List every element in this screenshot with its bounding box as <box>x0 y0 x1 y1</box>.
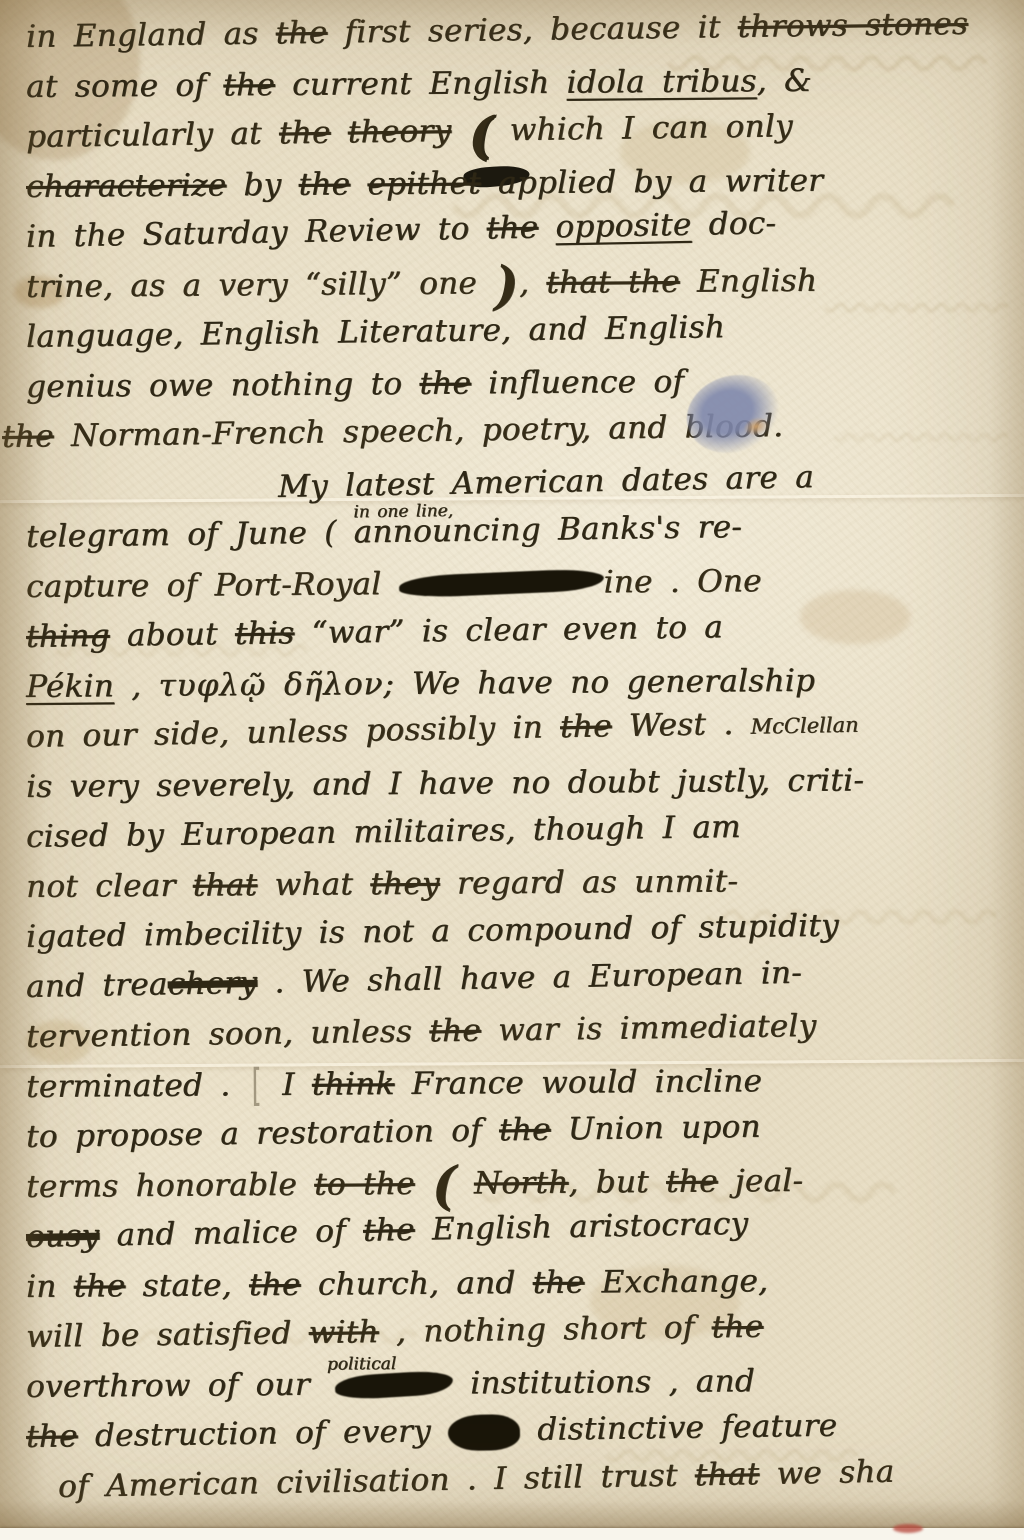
text-segment: “war” is clear even to a <box>294 609 723 651</box>
text-segment: will be satisfied <box>26 1315 309 1355</box>
segment-tbar: the <box>560 708 612 745</box>
segment-tbar: they <box>370 866 440 903</box>
text-segment: state, <box>125 1267 249 1304</box>
text-segment: influence of <box>471 364 684 402</box>
segment-tbar: the <box>532 1265 584 1301</box>
segment-small: McClellan <box>750 713 858 739</box>
segment-tbar: thing <box>26 618 110 655</box>
segment-tbar: epithet <box>367 165 481 202</box>
segment-tbar: the <box>419 366 471 402</box>
segment-scribble: chery <box>167 965 257 1003</box>
segment-tbar: the <box>711 1309 763 1346</box>
segment-tbar: the <box>73 1268 125 1304</box>
text-segment: about <box>109 616 235 654</box>
text-segment <box>350 166 367 202</box>
segment-u: opposite <box>555 207 692 245</box>
text-segment: current English <box>275 65 567 103</box>
segment-tbar: throws stones <box>737 6 968 45</box>
segment-tbar: North <box>474 1165 569 1202</box>
text-segment: church, and <box>300 1265 532 1303</box>
text-segment: cised by European militaires, though I a… <box>26 809 741 855</box>
segment-gap-lg <box>398 568 604 599</box>
segment-tbar: this <box>235 615 295 652</box>
segment-blotmark: ( <box>468 105 493 164</box>
text-segment: first series, because it <box>327 9 738 51</box>
text-segment: in the Saturday Review to <box>26 211 487 255</box>
segment-tbar: to the <box>314 1166 415 1203</box>
segment-pencil: [ <box>251 1061 262 1111</box>
text-segment: France would incline <box>394 1063 762 1102</box>
text-segment: , nothing short of <box>378 1309 711 1350</box>
text-segment: of American civilisation . I still trust <box>58 1457 695 1505</box>
text-segment: doc- <box>691 205 776 243</box>
segment-tbar: the <box>275 15 327 52</box>
text-segment: . We shall have a European in- <box>257 955 802 1001</box>
text-segment: tervention soon, unless <box>26 1013 430 1055</box>
text-segment <box>457 1165 474 1201</box>
manuscript-body: in England as the first series, because … <box>0 0 1024 1512</box>
text-segment: what <box>257 866 370 903</box>
segment-tbar: characterize <box>26 167 227 205</box>
text-segment: distinctive feature <box>520 1408 838 1448</box>
text-segment: particularly at <box>26 115 279 155</box>
segment-tbar: that <box>193 867 258 904</box>
segment-tbar: the <box>26 1418 78 1455</box>
text-segment: , but <box>568 1164 666 1201</box>
segment-tbar: the <box>666 1164 718 1200</box>
segment-gap-sm <box>448 1414 520 1451</box>
text-segment: I <box>265 1067 312 1103</box>
text-segment: language, English Literature, and Englis… <box>26 309 725 355</box>
text-segment: in England as <box>26 16 276 55</box>
text-segment: which I can only <box>492 108 793 148</box>
manuscript-line: in England as the first series, because … <box>26 0 1024 62</box>
manuscript-page: { "manuscript": { "lines": [ [{"t":"in E… <box>0 0 1024 1540</box>
segment-u: Pékin <box>26 668 114 705</box>
text-segment: We have no generalship <box>395 663 816 702</box>
segment-tbar: think <box>312 1066 395 1103</box>
text-segment: trine, as a very “silly” one <box>26 265 494 305</box>
text-segment: is very severely, and I have no doubt ju… <box>26 762 864 805</box>
text-segment: English aristocracy <box>414 1206 748 1248</box>
text-segment: jeal- <box>718 1163 804 1200</box>
text-segment <box>538 209 556 245</box>
segment-tbar: with <box>308 1314 379 1351</box>
segment-tbar: the <box>298 166 350 202</box>
text-segment: by <box>226 167 299 204</box>
text-segment: destruction of every <box>77 1413 448 1454</box>
text-segment: applied by a writer <box>481 163 824 202</box>
text-segment: institutions , and <box>453 1363 755 1401</box>
text-segment: Union upon <box>550 1109 761 1148</box>
segment-scribble: ousy <box>26 1218 100 1255</box>
text-segment: , <box>114 668 159 704</box>
text-segment <box>451 113 469 149</box>
segment-tbar: the <box>429 1013 481 1050</box>
segment-tbar: that the <box>546 264 680 301</box>
text-segment: and trea <box>26 966 168 1005</box>
segment-tbar: the <box>486 210 538 247</box>
manuscript-line: telegram of June ( in one line,announcin… <box>26 498 1024 562</box>
text-segment: telegram of June ( <box>26 514 354 555</box>
text-segment: we sha <box>759 1454 895 1492</box>
text-segment: overthrow of our <box>26 1367 327 1405</box>
segment-tbar: the <box>249 1267 301 1303</box>
segment-tbar: theory <box>347 113 451 150</box>
text-segment: genius owe nothing to <box>26 366 420 405</box>
text-segment: Norman-French speech, poetry, and blood. <box>53 408 783 454</box>
text-segment: ine . One <box>603 563 761 600</box>
red-smudge <box>893 1524 923 1533</box>
text-segment: West . <box>611 706 751 745</box>
text-segment: igated imbecility is not a compound of s… <box>26 908 839 955</box>
text-segment: war is immediately <box>481 1008 817 1049</box>
text-segment: , <box>519 265 547 301</box>
text-segment: English <box>680 263 818 300</box>
segment-tbar: the <box>363 1212 415 1249</box>
segment-greek: τυφλῷ δῆλον; <box>158 666 395 704</box>
segment-tbar: that <box>694 1456 759 1493</box>
text-segment: in <box>26 1269 74 1305</box>
text-segment: terms honorable <box>26 1167 314 1205</box>
text-segment: regard as unmit- <box>440 863 739 901</box>
text-segment: , & <box>757 63 812 99</box>
segment-u: idola tribus <box>566 63 756 100</box>
text-segment: and malice of <box>99 1213 363 1254</box>
segment-tbar: the <box>499 1112 551 1149</box>
text-segment: on our side, unless possibly in <box>26 709 561 755</box>
text-segment: to propose a restoration of <box>26 1112 499 1155</box>
page-curl-shadow <box>0 1500 1024 1528</box>
text-segment: Exchange, <box>584 1263 768 1300</box>
text-segment <box>330 115 348 151</box>
text-segment: terminated . <box>26 1067 248 1105</box>
scan-bottom-edge <box>0 1528 1024 1540</box>
segment-tbar: the <box>2 418 54 455</box>
text-segment <box>415 1166 432 1202</box>
segment-tbar: the <box>223 67 275 103</box>
text-segment: My latest American dates are a <box>278 459 815 505</box>
text-segment: capture of Port-Royal <box>26 566 399 605</box>
text-segment: not clear <box>26 868 193 905</box>
text-segment: at some of <box>26 67 224 105</box>
segment-tbar: the <box>279 115 331 152</box>
